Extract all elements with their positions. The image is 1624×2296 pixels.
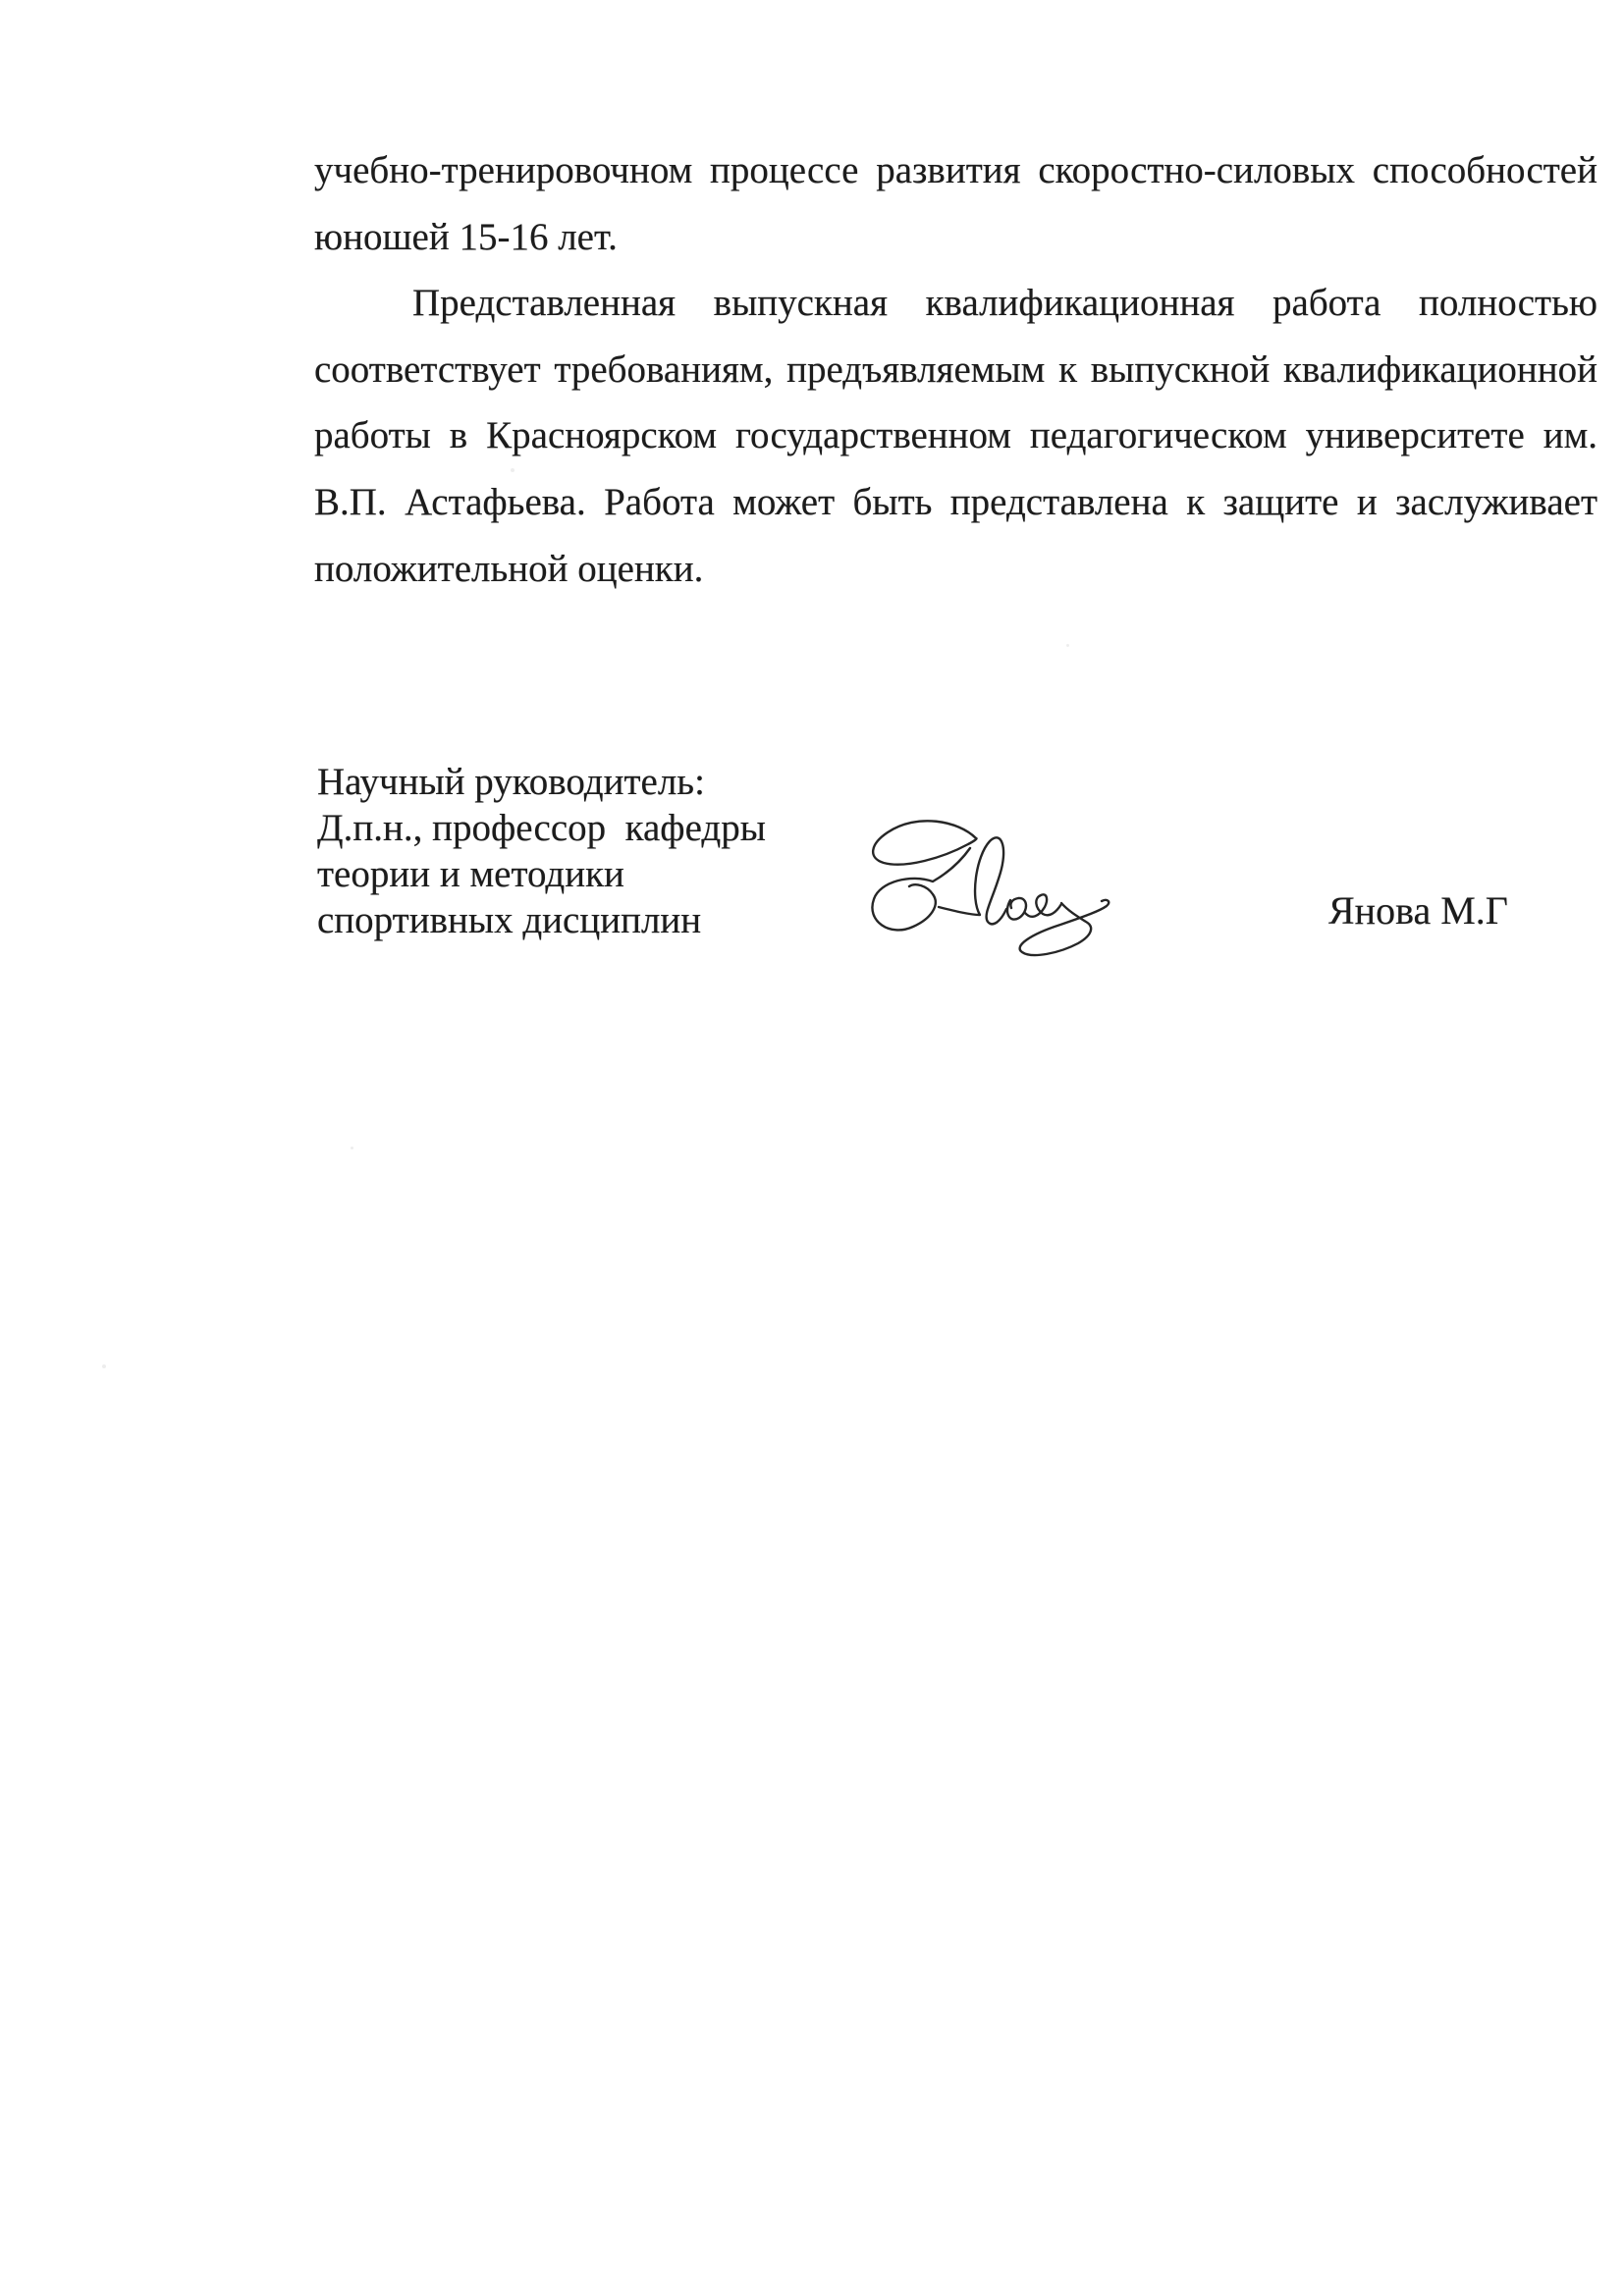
body-line: юношей 15-16 лет. (314, 204, 1597, 271)
body-line: положительной оценки. (314, 536, 1597, 603)
supervisor-title-line: Д.п.н., профессор кафедры (317, 805, 867, 851)
body-line: Представленная выпускная квалификационна… (314, 270, 1597, 337)
scan-speck (351, 1147, 353, 1149)
handwritten-signature (833, 797, 1162, 984)
supervisor-title-line: Научный руководитель: (317, 759, 867, 805)
scan-speck (1066, 644, 1069, 647)
body-line: соответствует требованиям, предъявляемым… (314, 337, 1597, 403)
scan-speck (102, 1364, 106, 1368)
signer-name: Янова М.Г (1328, 887, 1508, 934)
body-line: В.П. Астафьева. Работа может быть предст… (314, 469, 1597, 536)
supervisor-signature-block: Научный руководитель: Д.п.н., профессор … (317, 759, 867, 943)
body-line: учебно-тренировочном процессе развития с… (314, 137, 1597, 204)
scan-speck (511, 468, 514, 472)
document-body-text: учебно-тренировочном процессе развития с… (314, 137, 1597, 602)
scanned-document-page: учебно-тренировочном процессе развития с… (0, 0, 1624, 2296)
supervisor-title-line: теории и методики (317, 851, 867, 897)
supervisor-title-line: спортивных дисциплин (317, 897, 867, 943)
body-line: работы в Красноярском государственном пе… (314, 402, 1597, 469)
